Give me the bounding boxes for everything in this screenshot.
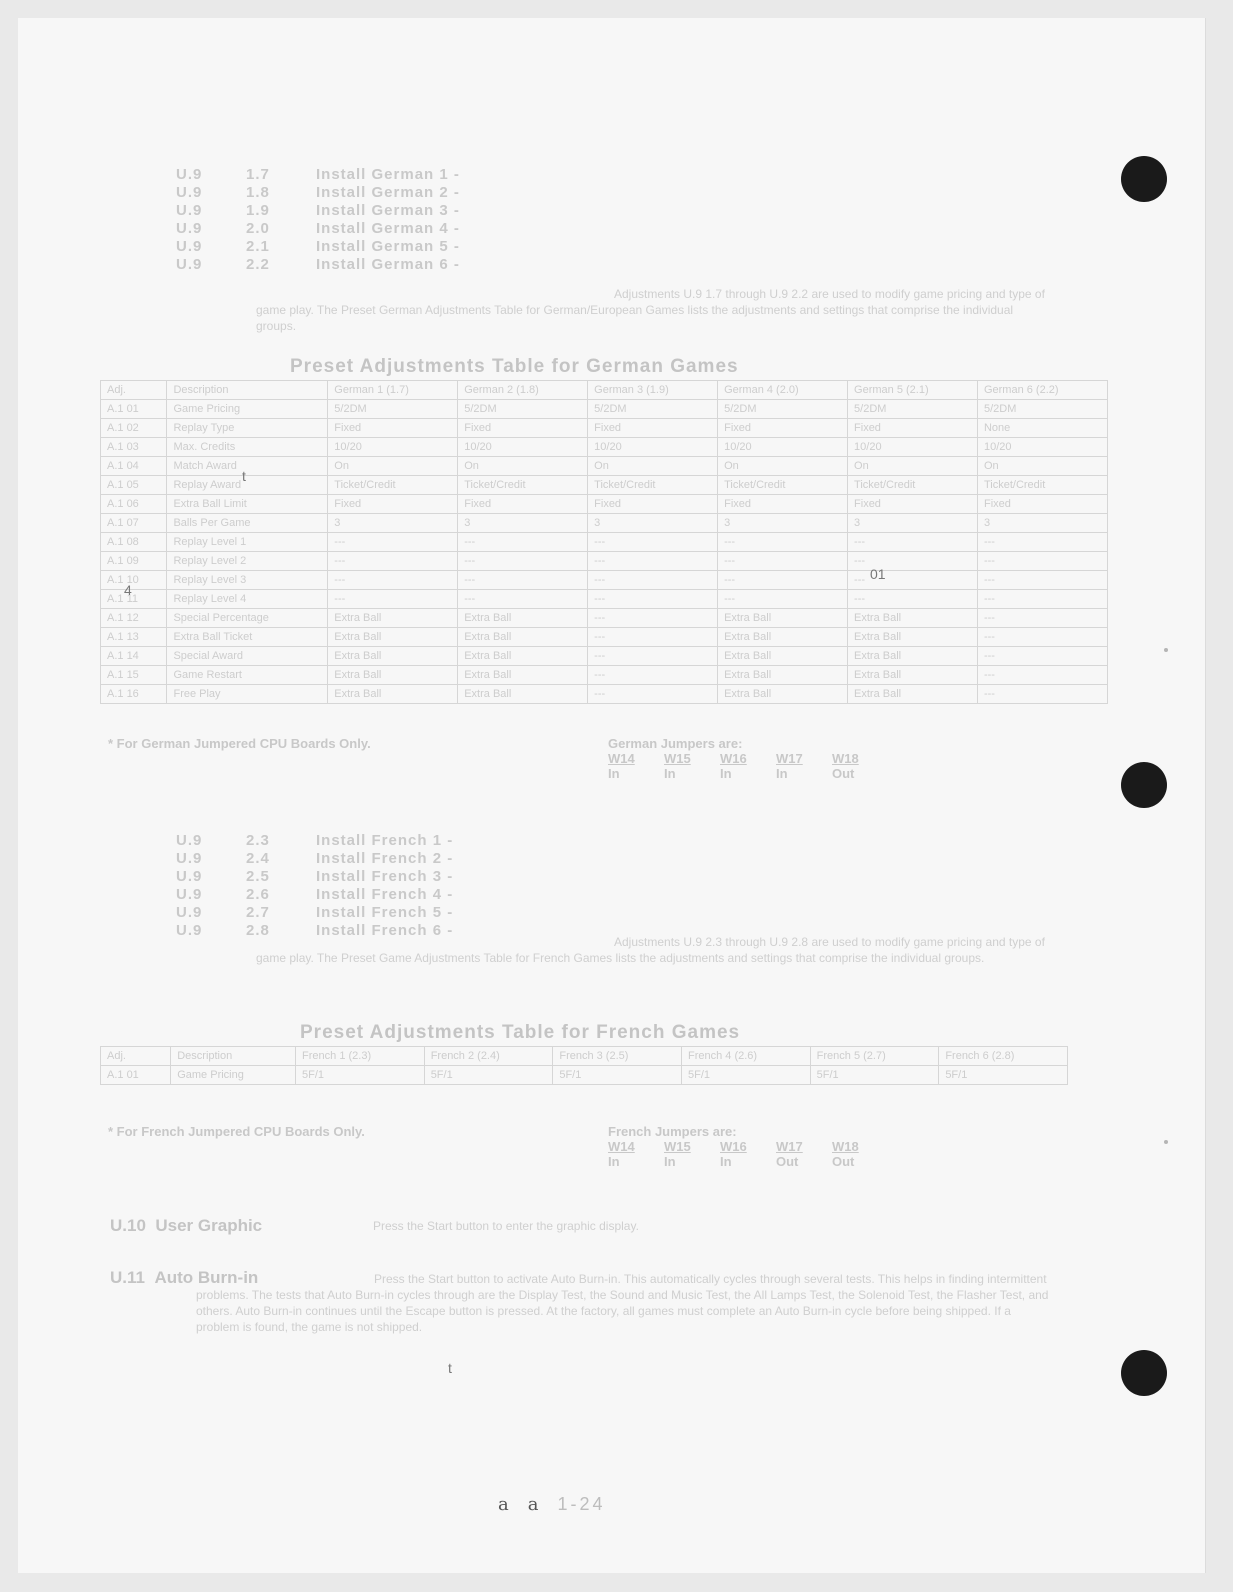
- table-cell: Extra Ball: [458, 609, 588, 628]
- table-cell: Extra Ball: [458, 685, 588, 704]
- table-cell: ---: [977, 552, 1107, 571]
- table-cell: ---: [848, 552, 978, 571]
- table-cell: 5F/1: [296, 1066, 425, 1085]
- german-jumpers: German Jumpers are: W14W15W16W17W18 InIn…: [608, 736, 888, 781]
- table-cell: ---: [848, 571, 978, 590]
- table-cell: ---: [588, 628, 718, 647]
- column-header: French 2 (2.4): [424, 1047, 553, 1066]
- table-cell: None: [977, 419, 1107, 438]
- table-cell: Extra Ball: [848, 666, 978, 685]
- table-cell: Fixed: [588, 495, 718, 514]
- table-cell: Extra Ball: [718, 685, 848, 704]
- french-table-note: * For French Jumpered CPU Boards Only.: [108, 1124, 365, 1139]
- jumper-label: W16: [720, 751, 776, 766]
- table-cell: Fixed: [848, 419, 978, 438]
- table-cell: ---: [848, 590, 978, 609]
- jumper-state: In: [664, 766, 720, 781]
- table-cell: ---: [328, 590, 458, 609]
- table-cell: Special Percentage: [167, 609, 328, 628]
- table-cell: A.1 03: [101, 438, 167, 457]
- list-item: U.92.0Install German 4 -: [176, 220, 516, 238]
- table-row: A.1 07Balls Per Game333333: [101, 514, 1108, 533]
- table-cell: 5F/1: [553, 1066, 682, 1085]
- section-u11-description: Press the Start button to activate Auto …: [196, 1271, 1054, 1335]
- table-cell: 10/20: [977, 438, 1107, 457]
- table-cell: ---: [588, 552, 718, 571]
- table-cell: Ticket/Credit: [458, 476, 588, 495]
- table-cell: 10/20: [718, 438, 848, 457]
- table-row: A.1 02Replay TypeFixedFixedFixedFixedFix…: [101, 419, 1108, 438]
- table-cell: ---: [328, 552, 458, 571]
- column-header: French 3 (2.5): [553, 1047, 682, 1066]
- jumper-state: In: [608, 766, 664, 781]
- table-cell: ---: [588, 533, 718, 552]
- stray-mark: t: [242, 468, 246, 484]
- table-row: A.1 15Game RestartExtra BallExtra Ball--…: [101, 666, 1108, 685]
- table-cell: ---: [588, 666, 718, 685]
- column-header: German 3 (1.9): [588, 381, 718, 400]
- document-page: U.91.7Install German 1 - U.91.8Install G…: [18, 18, 1206, 1573]
- table-cell: 10/20: [328, 438, 458, 457]
- table-cell: Ticket/Credit: [328, 476, 458, 495]
- table-cell: Fixed: [458, 419, 588, 438]
- french-paragraph: Adjustments U.9 2.3 through U.9 2.8 are …: [256, 934, 1056, 966]
- table-cell: A.1 08: [101, 533, 167, 552]
- jumper-label: W17: [776, 1139, 832, 1154]
- margin-mark-icon: [1164, 648, 1168, 652]
- table-cell: Balls Per Game: [167, 514, 328, 533]
- table-cell: 3: [588, 514, 718, 533]
- table-cell: Ticket/Credit: [718, 476, 848, 495]
- table-row: A.1 16Free PlayExtra BallExtra Ball---Ex…: [101, 685, 1108, 704]
- table-cell: Game Pricing: [167, 400, 328, 419]
- table-cell: A.1 14: [101, 647, 167, 666]
- table-cell: A.1 04: [101, 457, 167, 476]
- table-cell: 5/2DM: [328, 400, 458, 419]
- table-cell: ---: [588, 571, 718, 590]
- column-header: Description: [167, 381, 328, 400]
- table-cell: 3: [328, 514, 458, 533]
- list-item: U.92.6Install French 4 -: [176, 886, 516, 904]
- table-cell: Extra Ball: [718, 628, 848, 647]
- column-header: German 6 (2.2): [977, 381, 1107, 400]
- stray-mark: 4: [124, 582, 132, 598]
- table-cell: Fixed: [458, 495, 588, 514]
- table-cell: Fixed: [848, 495, 978, 514]
- table-cell: 3: [458, 514, 588, 533]
- table-cell: Special Award: [167, 647, 328, 666]
- table-cell: A.1 02: [101, 419, 167, 438]
- table-cell: 10/20: [588, 438, 718, 457]
- table-cell: ---: [977, 666, 1107, 685]
- stray-mark: t: [448, 1360, 452, 1376]
- table-cell: Fixed: [718, 419, 848, 438]
- table-cell: ---: [977, 533, 1107, 552]
- punch-hole-icon: [1121, 762, 1167, 808]
- german-paragraph: Adjustments U.9 1.7 through U.9 2.2 are …: [256, 286, 1056, 334]
- table-cell: Fixed: [328, 495, 458, 514]
- table-cell: ---: [588, 647, 718, 666]
- table-cell: On: [718, 457, 848, 476]
- table-cell: Extra Ball Limit: [167, 495, 328, 514]
- french-install-list: U.92.3Install French 1 - U.92.4Install F…: [176, 832, 516, 940]
- table-cell: Free Play: [167, 685, 328, 704]
- table-cell: Replay Level 1: [167, 533, 328, 552]
- table-cell: Extra Ball: [848, 685, 978, 704]
- table-cell: Ticket/Credit: [588, 476, 718, 495]
- column-header: German 1 (1.7): [328, 381, 458, 400]
- table-cell: Extra Ball: [848, 609, 978, 628]
- list-item: U.92.5Install French 3 -: [176, 868, 516, 886]
- punch-hole-icon: [1121, 1350, 1167, 1396]
- jumper-state: In: [608, 1154, 664, 1169]
- section-u10-heading: U.10 User Graphic: [110, 1216, 262, 1236]
- table-cell: ---: [458, 552, 588, 571]
- table-cell: A.1 06: [101, 495, 167, 514]
- jumper-state: In: [720, 766, 776, 781]
- table-cell: A.1 13: [101, 628, 167, 647]
- table-cell: ---: [458, 571, 588, 590]
- table-row: A.1 12Special PercentageExtra BallExtra …: [101, 609, 1108, 628]
- table-cell: ---: [977, 685, 1107, 704]
- table-cell: Game Pricing: [171, 1066, 296, 1085]
- jumper-label: W18: [832, 1139, 888, 1154]
- table-cell: ---: [588, 609, 718, 628]
- jumper-label: W14: [608, 751, 664, 766]
- jumper-state: In: [720, 1154, 776, 1169]
- list-item: U.91.8Install German 2 -: [176, 184, 516, 202]
- list-item: U.92.2Install German 6 -: [176, 256, 516, 274]
- jumper-label: W17: [776, 751, 832, 766]
- table-cell: ---: [458, 533, 588, 552]
- column-header: French 1 (2.3): [296, 1047, 425, 1066]
- french-table-title: Preset Adjustments Table for French Game…: [300, 1022, 740, 1044]
- table-cell: Replay Level 4: [167, 590, 328, 609]
- table-cell: ---: [977, 571, 1107, 590]
- table-cell: ---: [977, 628, 1107, 647]
- table-cell: Match Award: [167, 457, 328, 476]
- table-cell: A.1 01: [101, 1066, 171, 1085]
- jumper-label: W15: [664, 751, 720, 766]
- table-cell: Max. Credits: [167, 438, 328, 457]
- jumper-state: Out: [832, 1154, 888, 1169]
- column-header: Description: [171, 1047, 296, 1066]
- table-cell: Ticket/Credit: [848, 476, 978, 495]
- table-cell: On: [588, 457, 718, 476]
- table-cell: Replay Level 2: [167, 552, 328, 571]
- table-cell: Extra Ball: [718, 666, 848, 685]
- table-cell: Fixed: [977, 495, 1107, 514]
- table-cell: ---: [588, 590, 718, 609]
- jumper-label: W15: [664, 1139, 720, 1154]
- table-cell: 10/20: [848, 438, 978, 457]
- table-cell: ---: [848, 533, 978, 552]
- jumper-state: Out: [832, 766, 888, 781]
- jumper-state: Out: [776, 1154, 832, 1169]
- table-cell: 5F/1: [424, 1066, 553, 1085]
- table-cell: A.1 01: [101, 400, 167, 419]
- table-cell: A.1 10: [101, 571, 167, 590]
- table-cell: Extra Ball: [458, 628, 588, 647]
- table-cell: Extra Ball: [328, 685, 458, 704]
- list-item: U.91.9Install German 3 -: [176, 202, 516, 220]
- table-cell: Ticket/Credit: [977, 476, 1107, 495]
- table-cell: ---: [328, 533, 458, 552]
- table-cell: 3: [977, 514, 1107, 533]
- jumper-label: W16: [720, 1139, 776, 1154]
- table-cell: ---: [977, 609, 1107, 628]
- column-header: French 5 (2.7): [810, 1047, 939, 1066]
- german-table-title: Preset Adjustments Table for German Game…: [290, 356, 739, 378]
- list-item: U.92.4Install French 2 -: [176, 850, 516, 868]
- table-row: A.1 03Max. Credits10/2010/2010/2010/2010…: [101, 438, 1108, 457]
- table-row: A.1 05Replay AwardTicket/CreditTicket/Cr…: [101, 476, 1108, 495]
- list-item: U.91.7Install German 1 -: [176, 166, 516, 184]
- table-cell: ---: [977, 647, 1107, 666]
- column-header: Adj.: [101, 381, 167, 400]
- table-cell: 5/2DM: [588, 400, 718, 419]
- table-cell: Extra Ball: [718, 609, 848, 628]
- table-cell: 5F/1: [939, 1066, 1068, 1085]
- table-cell: ---: [328, 571, 458, 590]
- table-cell: Extra Ball: [328, 647, 458, 666]
- column-header: German 2 (1.8): [458, 381, 588, 400]
- table-row: A.1 01Game Pricing5F/15F/15F/15F/15F/15F…: [101, 1066, 1068, 1085]
- table-cell: ---: [588, 685, 718, 704]
- table-cell: Replay Award: [167, 476, 328, 495]
- table-row: A.1 08Replay Level 1------------------: [101, 533, 1108, 552]
- table-cell: A.1 15: [101, 666, 167, 685]
- table-row: A.1 01Game Pricing5/2DM5/2DM5/2DM5/2DM5/…: [101, 400, 1108, 419]
- column-header: French 4 (2.6): [682, 1047, 811, 1066]
- column-header: German 5 (2.1): [848, 381, 978, 400]
- table-cell: Extra Ball Ticket: [167, 628, 328, 647]
- table-cell: A.1 09: [101, 552, 167, 571]
- column-header: Adj.: [101, 1047, 171, 1066]
- table-row: A.1 14Special AwardExtra BallExtra Ball-…: [101, 647, 1108, 666]
- table-cell: ---: [458, 590, 588, 609]
- table-cell: Extra Ball: [848, 647, 978, 666]
- table-row: A.1 11Replay Level 4------------------: [101, 590, 1108, 609]
- table-cell: Extra Ball: [328, 609, 458, 628]
- french-jumpers: French Jumpers are: W14W15W16W17W18 InIn…: [608, 1124, 888, 1169]
- table-cell: 5/2DM: [458, 400, 588, 419]
- table-cell: Extra Ball: [458, 647, 588, 666]
- table-cell: Extra Ball: [328, 628, 458, 647]
- table-cell: On: [848, 457, 978, 476]
- table-cell: 3: [718, 514, 848, 533]
- table-cell: On: [328, 457, 458, 476]
- table-cell: 5/2DM: [718, 400, 848, 419]
- table-cell: Game Restart: [167, 666, 328, 685]
- table-cell: Extra Ball: [458, 666, 588, 685]
- jumper-state: In: [664, 1154, 720, 1169]
- section-u10-description: Press the Start button to enter the grap…: [373, 1219, 639, 1233]
- table-cell: Fixed: [588, 419, 718, 438]
- german-install-list: U.91.7Install German 1 - U.91.8Install G…: [176, 166, 516, 274]
- table-cell: ---: [718, 533, 848, 552]
- french-adjustments-table: Adj.DescriptionFrench 1 (2.3)French 2 (2…: [100, 1046, 1068, 1085]
- table-cell: ---: [977, 590, 1107, 609]
- table-cell: Replay Level 3: [167, 571, 328, 590]
- table-cell: ---: [718, 571, 848, 590]
- column-header: German 4 (2.0): [718, 381, 848, 400]
- table-row: A.1 10Replay Level 3------------------: [101, 571, 1108, 590]
- table-cell: A.1 12: [101, 609, 167, 628]
- list-item: U.92.7Install French 5 -: [176, 904, 516, 922]
- table-row: A.1 04Match AwardOnOnOnOnOnOn: [101, 457, 1108, 476]
- table-cell: 3: [848, 514, 978, 533]
- table-cell: On: [977, 457, 1107, 476]
- margin-mark-icon: [1164, 1140, 1168, 1144]
- jumper-state: In: [776, 766, 832, 781]
- table-cell: A.1 11: [101, 590, 167, 609]
- table-cell: Fixed: [328, 419, 458, 438]
- jumper-label: W14: [608, 1139, 664, 1154]
- table-cell: Extra Ball: [328, 666, 458, 685]
- german-table-note: * For German Jumpered CPU Boards Only.: [108, 736, 371, 751]
- german-adjustments-table: Adj.DescriptionGerman 1 (1.7)German 2 (1…: [100, 380, 1108, 704]
- page-footer: a a 1-24: [498, 1494, 606, 1515]
- table-cell: A.1 07: [101, 514, 167, 533]
- table-cell: ---: [718, 590, 848, 609]
- table-cell: Replay Type: [167, 419, 328, 438]
- table-cell: 10/20: [458, 438, 588, 457]
- list-item: U.92.1Install German 5 -: [176, 238, 516, 256]
- table-row: A.1 09Replay Level 2------------------: [101, 552, 1108, 571]
- table-row: A.1 06Extra Ball LimitFixedFixedFixedFix…: [101, 495, 1108, 514]
- jumper-label: W18: [832, 751, 888, 766]
- table-cell: Fixed: [718, 495, 848, 514]
- punch-hole-icon: [1121, 156, 1167, 202]
- table-cell: 5/2DM: [848, 400, 978, 419]
- table-cell: On: [458, 457, 588, 476]
- table-cell: 5F/1: [810, 1066, 939, 1085]
- table-cell: Extra Ball: [848, 628, 978, 647]
- stray-mark: 01: [870, 566, 886, 582]
- list-item: U.92.3Install French 1 -: [176, 832, 516, 850]
- column-header: French 6 (2.8): [939, 1047, 1068, 1066]
- table-cell: ---: [718, 552, 848, 571]
- table-cell: A.1 05: [101, 476, 167, 495]
- table-cell: 5F/1: [682, 1066, 811, 1085]
- table-cell: 5/2DM: [977, 400, 1107, 419]
- table-cell: A.1 16: [101, 685, 167, 704]
- table-row: A.1 13Extra Ball TicketExtra BallExtra B…: [101, 628, 1108, 647]
- table-cell: Extra Ball: [718, 647, 848, 666]
